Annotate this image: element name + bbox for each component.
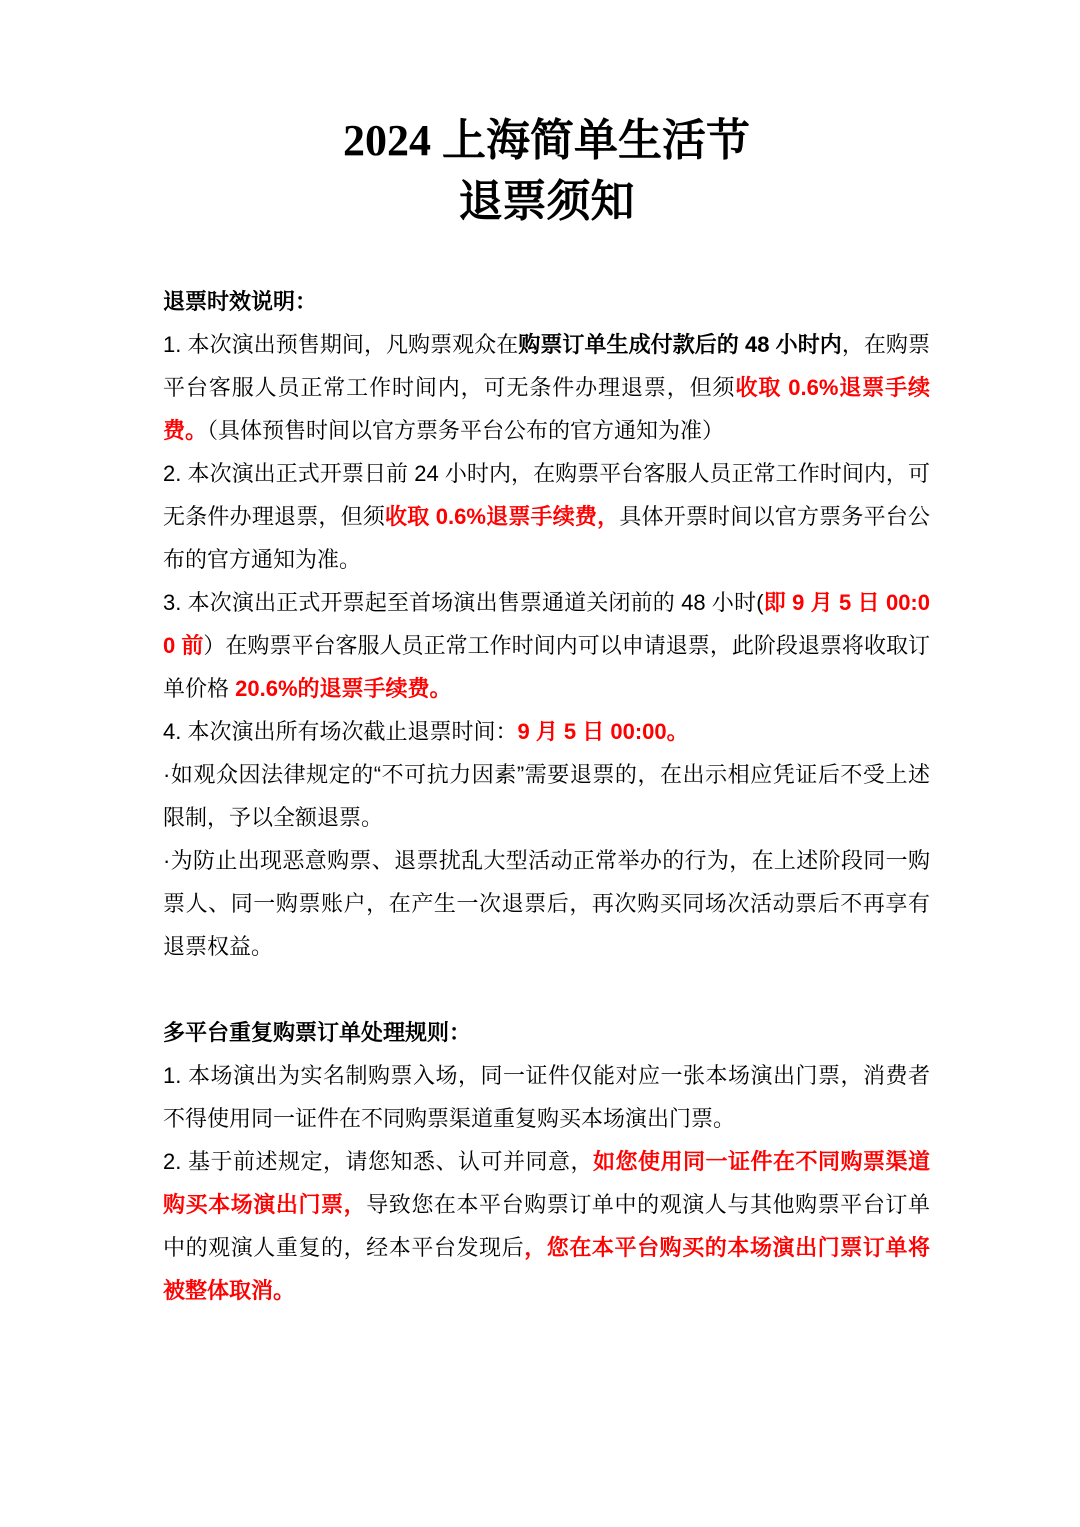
body-text-run: 2. 基于前述规定，请您知悉、认可并同意， (163, 1149, 593, 1174)
section-refund-timing: 退票时效说明： 1. 本次演出预售期间，凡购票观众在购票订单生成付款后的 48 … (163, 280, 930, 968)
section-heading-refund-timing: 退票时效说明： (163, 280, 930, 323)
body-text-run: （具体预售时间以官方票务平台公布的官方通知为准） (207, 418, 724, 443)
body-text-run: ·如观众因法律规定的“不可抗力因素”需要退票的，在出示相应凭证后不受上述限制，予… (163, 762, 930, 830)
title-line-1: 2024 上海简单生活节 (163, 110, 930, 171)
paragraph-refund-rule-4: 4. 本次演出所有场次截止退票时间：9 月 5 日 00:00。 (163, 710, 930, 753)
body-text-run: 购票订单生成付款后的 48 小时内 (518, 332, 842, 357)
paragraph-force-majeure-note: ·如观众因法律规定的“不可抗力因素”需要退票的，在出示相应凭证后不受上述限制，予… (163, 753, 930, 839)
paragraph-refund-rule-3: 3. 本次演出正式开票起至首场演出售票通道关闭前的 48 小时(即 9 月 5 … (163, 581, 930, 710)
highlighted-red-text: 9 月 5 日 00:00。 (517, 719, 688, 744)
paragraph-refund-rule-2: 2. 本次演出正式开票日前 24 小时内，在购票平台客服人员正常工作时间内，可无… (163, 452, 930, 581)
section-heading-multi-platform: 多平台重复购票订单处理规则： (163, 1011, 930, 1054)
document-page: 2024 上海简单生活节 退票须知 退票时效说明： 1. 本次演出预售期间，凡购… (0, 0, 1080, 1527)
paragraph-multi-platform-rule-2: 2. 基于前述规定，请您知悉、认可并同意，如您使用同一证件在不同购票渠道购买本场… (163, 1140, 930, 1312)
body-text-run: 4. 本次演出所有场次截止退票时间： (163, 719, 517, 744)
highlighted-red-text: 20.6%的退票手续费。 (235, 676, 451, 701)
body-text-run: ·为防止出现恶意购票、退票扰乱大型活动正常举办的行为，在上述阶段同一购票人、同一… (163, 848, 930, 959)
body-text-run: 1. 本场演出为实名制购票入场，同一证件仅能对应一张本场演出门票，消费者不得使用… (163, 1063, 930, 1131)
document-content: 2024 上海简单生活节 退票须知 退票时效说明： 1. 本次演出预售期间，凡购… (0, 0, 1080, 1312)
paragraph-refund-rule-1: 1. 本次演出预售期间，凡购票观众在购票订单生成付款后的 48 小时内，在购票平… (163, 323, 930, 452)
paragraph-multi-platform-rule-1: 1. 本场演出为实名制购票入场，同一证件仅能对应一张本场演出门票，消费者不得使用… (163, 1054, 930, 1140)
body-text-run: 1. 本次演出预售期间，凡购票观众在 (163, 332, 518, 357)
document-title: 2024 上海简单生活节 退票须知 (163, 110, 930, 232)
section-multi-platform-rules: 多平台重复购票订单处理规则： 1. 本场演出为实名制购票入场，同一证件仅能对应一… (163, 1011, 930, 1312)
paragraph-malicious-purchase-note: ·为防止出现恶意购票、退票扰乱大型活动正常举办的行为，在上述阶段同一购票人、同一… (163, 839, 930, 968)
body-text-run: 3. 本次演出正式开票起至首场演出售票通道关闭前的 48 小时( (163, 590, 764, 615)
title-line-2: 退票须知 (163, 171, 930, 232)
highlighted-red-text: 收取 0.6%退票手续费， (385, 504, 619, 529)
